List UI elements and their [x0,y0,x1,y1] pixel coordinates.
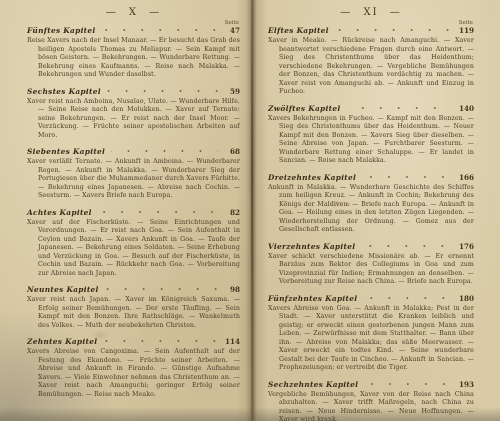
leader-dots [98,209,218,215]
running-head-right: — XI — [268,7,474,18]
leader-dots [335,27,452,33]
chapter-title: Achtes Kapitel [27,208,92,217]
chapter-page-number: 114 [224,337,240,346]
chapter-summary: Xavers Abreise von Goa. — Ankunft in Mal… [268,305,474,373]
chapter-summary: Xaver reist nach Japan. — Xaver im König… [27,296,240,330]
chapter-title: Siebentes Kapitel [27,147,105,156]
chapter-entry: Achtes Kapitel 82 Xaver auf der Fischerk… [27,208,240,279]
leader-dots [103,338,218,344]
chapter-page-number: 47 [224,26,240,35]
chapter-entry: Fünftes Kapitel 47 Reise Xavers nach der… [27,26,240,80]
chapter-page-number: 119 [458,26,474,35]
left-page: — X — Seite Fünftes Kapitel 47 Reise Xav… [0,0,250,421]
chapter-title: Neuntes Kapitel [27,285,99,294]
chapter-summary: Xavers Bekehrungen in Fucheo. — Kampf mi… [268,115,474,166]
leader-dots [362,174,452,180]
leader-dots [105,286,218,292]
leader-dots [364,381,452,387]
chapter-summary: Xaver reist nach Amboina, Nusalao, Ulate… [27,98,240,141]
chapter-summary: Xaver in Meako. — Rückreise nach Amanguc… [268,37,474,97]
chapter-title: Vierzehntes Kapitel [268,242,355,251]
chapter-page-number: 98 [224,285,240,294]
chapter-entry: Neuntes Kapitel 98 Xaver reist nach Japa… [27,285,240,330]
chapter-title: Elftes Kapitel [268,26,329,35]
chapter-summary: Xaver schickt verschiedene Missionäre ab… [268,253,474,287]
chapter-page-number: 82 [224,208,240,217]
chapter-title: Fünftes Kapitel [27,26,96,35]
leader-dots [363,295,452,301]
chapter-entry: Zehntes Kapitel 114 Xavers Abreise von C… [27,337,240,399]
right-page: — XI — Seite Elftes Kapitel 119 Xaver in… [250,0,500,421]
chapter-summary: Reise Xavers nach der Insel Manaar. — Er… [27,37,240,80]
chapter-title: Sechzehntes Kapitel [268,380,358,389]
leader-dots [346,105,452,111]
chapter-page-number: 176 [458,242,474,251]
chapter-summary: Ankunft in Malakka. — Wunderbare Geschic… [268,184,474,235]
chapter-page-number: 193 [458,380,474,389]
chapter-page-number: 59 [224,87,240,96]
chapter-entry: Zwölftes Kapitel 140 Xavers Bekehrungen … [268,104,474,166]
chapter-entry: Fünfzehntes Kapitel 180 Xavers Abreise v… [268,294,474,373]
leader-dots [102,27,218,33]
chapter-entry: Sechstes Kapitel 59 Xaver reist nach Amb… [27,87,240,141]
leader-dots [107,88,218,94]
book-scan: — X — Seite Fünftes Kapitel 47 Reise Xav… [0,0,500,421]
chapter-summary: Xaver verläßt Ternate. — Ankunft in Ambo… [27,158,240,201]
leader-dots [111,148,218,154]
chapter-entry: Sechzehntes Kapitel 193 Vergebliche Bemü… [268,380,474,421]
chapter-entry: Siebentes Kapitel 68 Xaver verläßt Terna… [27,147,240,201]
running-head-left: — X — [27,7,240,18]
chapter-page-number: 180 [458,294,474,303]
chapter-entry: Dreizehntes Kapitel 166 Ankunft in Malak… [268,173,474,235]
chapter-title: Sechstes Kapitel [27,87,101,96]
chapter-title: Zwölftes Kapitel [268,104,340,113]
chapter-title: Dreizehntes Kapitel [268,173,356,182]
chapter-page-number: 140 [458,104,474,113]
chapter-title: Fünfzehntes Kapitel [268,294,357,303]
chapter-summary: Xaver auf der Fischerküste. — Seine Einr… [27,219,240,279]
chapter-summary: Xavers Abreise von Cangoxima. — Sein Auf… [27,348,240,399]
chapter-entry: Vierzehntes Kapitel 176 Xaver schickt ve… [268,242,474,287]
chapter-page-number: 166 [458,173,474,182]
leader-dots [361,243,452,249]
chapter-page-number: 68 [224,147,240,156]
chapter-entry: Elftes Kapitel 119 Xaver in Meako. — Rüc… [268,26,474,97]
chapter-title: Zehntes Kapitel [27,337,97,346]
chapter-summary: Vergebliche Bemühungen, Xaver von der Re… [268,391,474,421]
